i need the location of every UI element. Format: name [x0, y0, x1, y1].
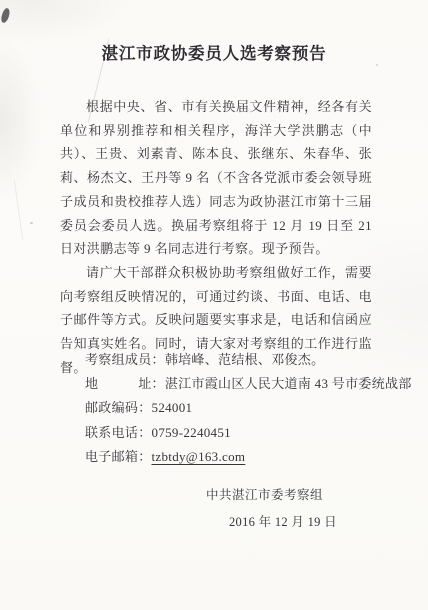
phone-value: 0759-2240451	[152, 425, 231, 440]
email-address: tzbtdy@163.com	[152, 449, 246, 464]
scan-speck	[30, 222, 33, 224]
scan-speck	[376, 64, 378, 66]
inspection-team-members-row: 考察组成员：韩培峰、范结根、邓俊杰。	[85, 348, 385, 372]
postcode-row: 邮政编码：524001	[85, 396, 385, 420]
email-label: 电子邮箱：	[85, 449, 152, 464]
postcode-label: 邮政编码：	[85, 400, 152, 415]
members-label: 考察组成员：	[85, 352, 165, 367]
phone-label: 联系电话：	[85, 425, 152, 440]
scan-corner-mark	[0, 7, 11, 23]
members-value: 韩培峰、范结根、邓俊杰。	[165, 352, 325, 367]
document-title: 湛江市政协委员人选考察预告	[0, 40, 428, 64]
signature-date: 2016 年 12 月 19 日	[229, 512, 337, 530]
address-label: 地 址：	[85, 376, 165, 391]
email-row: 电子邮箱：tzbtdy@163.com	[85, 445, 385, 469]
address-value: 湛江市霞山区人民大道南 43 号市委统战部	[165, 376, 412, 391]
contact-block: 考察组成员：韩培峰、范结根、邓俊杰。 地 址：湛江市霞山区人民大道南 43 号市…	[85, 348, 385, 469]
scan-crease	[14, 180, 23, 240]
phone-row: 联系电话：0759-2240451	[85, 421, 385, 445]
postcode-value: 524001	[152, 400, 193, 415]
document-body: 根据中央、省、市有关换届文件精神，经各有关单位和界别推荐和相关程序，海洋大学洪鹏…	[60, 95, 372, 379]
body-paragraph-1: 根据中央、省、市有关换届文件精神，经各有关单位和界别推荐和相关程序，海洋大学洪鹏…	[60, 95, 372, 261]
signature-org: 中共湛江市委考察组	[206, 485, 323, 503]
document-page: 湛江市政协委员人选考察预告 根据中央、省、市有关换届文件精神，经各有关单位和界别…	[0, 0, 428, 610]
address-row: 地 址：湛江市霞山区人民大道南 43 号市委统战部	[85, 372, 385, 396]
